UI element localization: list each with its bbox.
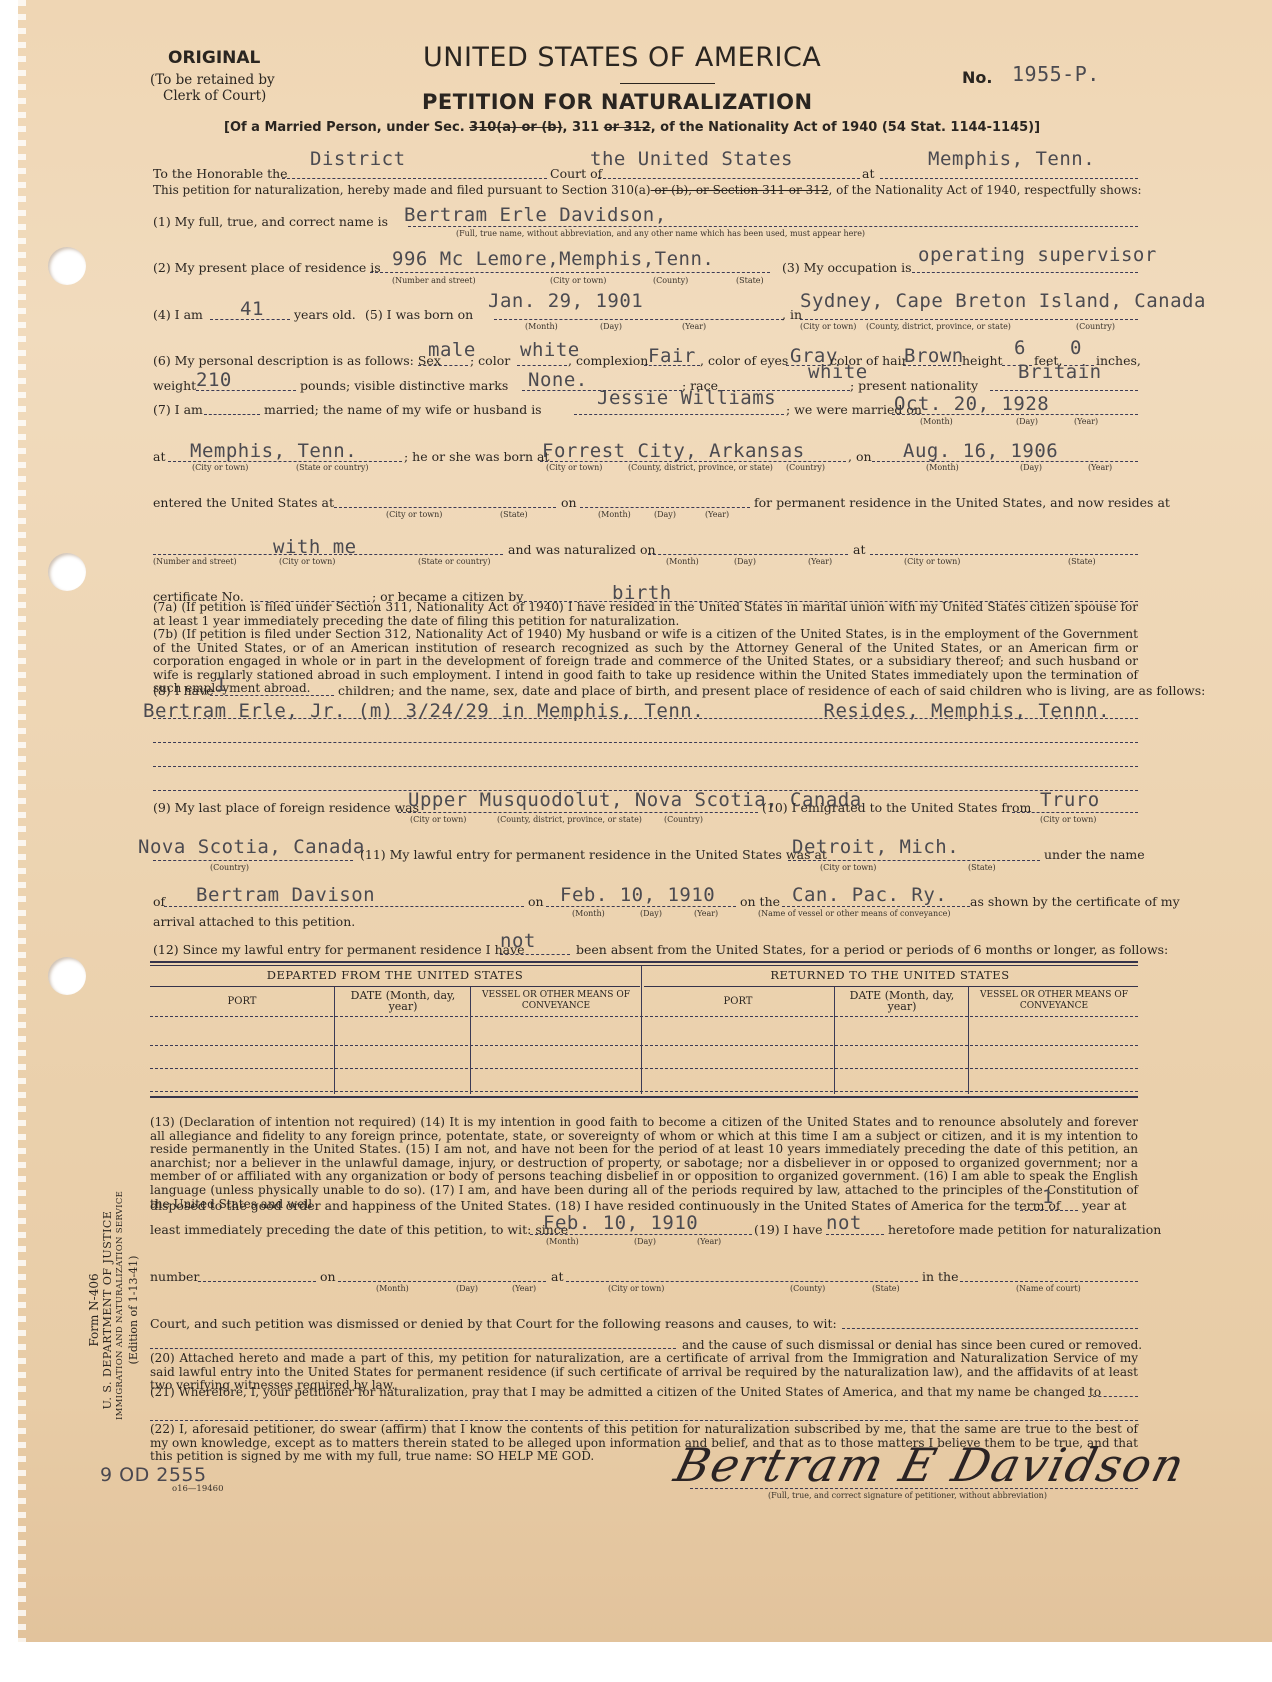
q19-label: (19) I have: [754, 1224, 823, 1237]
retained-note-1: (To be retained by: [150, 72, 275, 88]
file-stamp: 9 OD 2555: [100, 1464, 207, 1486]
q19-suffix: heretofore made petition for naturalizat…: [888, 1224, 1161, 1237]
full-name-field[interactable]: [408, 226, 1138, 227]
q18-label: disposed to the good order and happiness…: [150, 1200, 1061, 1213]
intro-text: This petition for naturalization, hereby…: [153, 183, 651, 197]
caption: (County, district, province, or state): [628, 463, 773, 472]
caption: (Month): [572, 909, 605, 918]
entered-label: entered the United States at: [153, 497, 334, 510]
spouse-born-label: ; he or she was born at: [404, 451, 549, 464]
under-name-label: under the name: [1044, 849, 1145, 862]
declarations-13-17: (13) (Declaration of intention not requi…: [150, 1116, 1138, 1211]
marks-value: None.: [528, 369, 588, 391]
petition-intro: This petition for naturalization, hereby…: [153, 184, 1142, 196]
q12-label: (12) Since my lawful entry for permanent…: [153, 944, 525, 957]
arrival-line: arrival attached to this petition.: [153, 916, 355, 929]
caption: (City or town): [386, 510, 442, 519]
caption: (Name of vessel or other means of convey…: [758, 909, 951, 918]
caption: (Day): [634, 1237, 656, 1246]
table-divider: [641, 966, 642, 1094]
children-suffix: children; and the name, sex, date and pl…: [338, 685, 1205, 698]
caption: (City or town): [608, 1284, 664, 1293]
q5-label: (5) I was born on: [365, 309, 473, 322]
number-label: number: [150, 1271, 199, 1284]
caption: (City or town): [1040, 815, 1096, 824]
prior-petition-value: not: [826, 1212, 862, 1234]
caption: (Year): [512, 1284, 536, 1293]
residence-term-field[interactable]: [1020, 1210, 1078, 1211]
cured-label: and the cause of such dismissal or denia…: [682, 1339, 1142, 1351]
emigrated-from-country-value: Nova Scotia, Canada: [138, 836, 365, 858]
table-row[interactable]: [150, 1091, 1138, 1092]
caption: (State or country): [296, 463, 369, 472]
certificate-suffix: as shown by the certificate of my: [970, 896, 1180, 909]
caption: (City or town): [820, 863, 876, 872]
table-top-rule: [150, 961, 1138, 963]
child-row-field[interactable]: [153, 742, 1138, 743]
q10-label: (10) I emigrated to the United States fr…: [762, 802, 1031, 815]
document-title: UNITED STATES OF AMERICA: [423, 42, 821, 73]
service-name: IMMIGRATION AND NATURALIZATION SERVICE: [114, 1200, 127, 1420]
caption: (Month): [598, 510, 631, 519]
entry-port-field[interactable]: [788, 860, 1040, 861]
caption: (City or town): [192, 463, 248, 472]
form-side-info: Form N-406 U. S. DEPARTMENT OF JUSTICE I…: [88, 1200, 140, 1420]
column-header-date: DATE (Month, day, year): [836, 990, 968, 1012]
prior-petition-field[interactable]: [826, 1234, 884, 1235]
column-header-port: PORT: [642, 996, 834, 1007]
punch-hole: [48, 553, 86, 591]
children-count-value: 1: [215, 674, 227, 696]
birth-date-value: Jan. 29, 1901: [488, 290, 643, 312]
absence-value: not: [500, 930, 536, 952]
caption: (Day): [1020, 463, 1042, 472]
dismissal-reasons-field-2[interactable]: [150, 1348, 676, 1349]
caption: (City or town): [904, 557, 960, 566]
signature-field[interactable]: [690, 1488, 1138, 1489]
table-row[interactable]: [150, 1068, 1138, 1069]
emigrated-from-city-field[interactable]: [1012, 812, 1138, 813]
q12-suffix: been absent from the United States, for …: [576, 944, 1168, 957]
departed-header: DEPARTED FROM THE UNITED STATES: [150, 970, 640, 981]
birth-place-field[interactable]: [800, 319, 1138, 320]
years-old-label: years old.: [294, 309, 356, 322]
table-divider: [834, 987, 835, 1094]
children-count-field[interactable]: [210, 695, 334, 696]
struck-section: 310(a) or (b): [469, 120, 562, 135]
in-label: , in: [782, 309, 802, 322]
prior-date-field[interactable]: [338, 1281, 546, 1282]
column-header-date: DATE (Month, day, year): [336, 990, 470, 1012]
caption: (Day): [600, 322, 622, 331]
prior-number-field[interactable]: [198, 1281, 316, 1282]
entry-date-field[interactable]: [580, 507, 750, 508]
paragraph-21: (21) Wherefore, I, your petitioner for n…: [150, 1386, 1101, 1398]
caption: (County, district, province, or state): [866, 322, 1011, 331]
caption: (County, district, province, or state): [497, 815, 642, 824]
caption: (Day): [640, 909, 662, 918]
caption: (Year): [1088, 463, 1112, 472]
nationality-field[interactable]: [990, 390, 1138, 391]
at-label: at: [862, 168, 874, 181]
number-on-label: on: [320, 1271, 336, 1284]
caption: (State or country): [418, 557, 491, 566]
department-name: U. S. DEPARTMENT OF JUSTICE: [101, 1200, 114, 1420]
petition-number: 1955-P.: [1012, 62, 1100, 86]
title-divider: [620, 83, 715, 84]
caption: (State): [736, 276, 764, 285]
emigrated-from-country-field[interactable]: [153, 860, 353, 861]
retained-note-2: Clerk of Court): [163, 88, 266, 104]
naturalized-place-field[interactable]: [870, 554, 1138, 555]
table-row[interactable]: [150, 1045, 1138, 1046]
section-mid: , 311: [563, 120, 604, 135]
birth-date-field[interactable]: [494, 319, 784, 320]
dismissal-reasons-field[interactable]: [842, 1328, 1138, 1329]
entered-on-label: on: [561, 497, 577, 510]
spouse-residence-value: with me: [273, 536, 357, 558]
caption: (Country): [1076, 322, 1115, 331]
name-change-field[interactable]: [1088, 1396, 1138, 1397]
petitioner-signature: Bertram E Davidson: [669, 1438, 1191, 1492]
sex-field[interactable]: [418, 365, 468, 366]
caption: (Month): [926, 463, 959, 472]
caption: (County): [790, 1284, 825, 1293]
nationality-label: ; present nationality: [850, 380, 978, 393]
caption: (City or town): [546, 463, 602, 472]
naturalized-at-label: at: [853, 544, 865, 557]
caption: (Month): [525, 322, 558, 331]
caption: (Day): [654, 510, 676, 519]
caption: (Year): [808, 557, 832, 566]
intro-text: , of the Nationality Act of 1940, respec…: [828, 183, 1141, 197]
caption: (Country): [786, 463, 825, 472]
section-line: [Of a Married Person, under Sec. 310(a) …: [224, 120, 1040, 135]
column-header-vessel: VESSEL OR OTHER MEANS OF CONVEYANCE: [970, 990, 1138, 1012]
court-location-field[interactable]: [880, 178, 1138, 179]
height-label: height: [962, 355, 1003, 368]
punch-hole: [48, 957, 86, 995]
entry-port-value: Detroit, Mich.: [792, 836, 959, 858]
caption: (Day): [734, 557, 756, 566]
court-type-field[interactable]: [282, 178, 547, 179]
court-location-value: Memphis, Tenn.: [928, 148, 1095, 170]
marriage-date-value: Oct. 20, 1928: [894, 393, 1049, 415]
q11-label: (11) My lawful entry for permanent resid…: [360, 849, 827, 862]
caption: (State): [968, 863, 996, 872]
complexion-label: , complexion: [568, 355, 648, 368]
occupation-field[interactable]: [912, 272, 1138, 273]
entry-place-field[interactable]: [334, 507, 556, 508]
spouse-born-on-label: , on: [848, 451, 872, 464]
number-at-label: at: [551, 1271, 563, 1284]
caption: (City or town): [279, 557, 335, 566]
residence-value: 996 Mc Lemore,Memphis,Tenn.: [392, 248, 714, 270]
section-prefix: [Of a Married Person, under Sec.: [224, 120, 469, 135]
petition-number-label: No.: [962, 68, 992, 87]
entry-date-value: Feb. 10, 1910: [560, 884, 715, 906]
q3-label: (3) My occupation is: [782, 262, 912, 275]
caption: (Month): [666, 557, 699, 566]
table-top-rule: [150, 965, 1138, 966]
spouse-name-value: Jessie Williams: [597, 387, 776, 409]
prior-place-field[interactable]: [566, 1281, 918, 1282]
q7-label: (7) I am: [153, 404, 203, 417]
caption: (State): [872, 1284, 900, 1293]
birth-place-value: Sydney, Cape Breton Island, Canada: [800, 290, 1206, 312]
occupation-value: operating supervisor: [918, 244, 1157, 266]
caption: (County): [653, 276, 688, 285]
original-label: ORIGINAL: [168, 48, 260, 68]
caption: (City or town): [410, 815, 466, 824]
residence-field[interactable]: [370, 272, 770, 273]
q4-label: (4) I am: [153, 309, 203, 322]
q6-label: (6) My personal description is as follow…: [153, 355, 441, 368]
dismissal-label: Court, and such petition was dismissed o…: [150, 1318, 837, 1331]
entry-date-field[interactable]: [546, 906, 736, 907]
struck-section: or 312: [604, 120, 651, 135]
entered-suffix: for permanent residence in the United St…: [754, 497, 1170, 510]
name-change-field-2[interactable]: [150, 1420, 1138, 1421]
print-code: o16—19460: [172, 1484, 223, 1494]
complexion-value: Fair: [648, 345, 696, 367]
table-rule: [150, 986, 640, 987]
eyes-label: , color of eyes: [700, 355, 788, 368]
signature-caption: (Full, true, and correct signature of pe…: [768, 1491, 1047, 1500]
section-suffix: , of the Nationality Act of 1940 (54 Sta…: [651, 120, 1040, 135]
caption: (City or town): [550, 276, 606, 285]
weight-label: weight: [153, 380, 196, 393]
naturalized-label: and was naturalized on: [508, 544, 656, 557]
nationality-value: Britain: [1018, 361, 1102, 383]
marks-label: pounds; visible distinctive marks: [300, 380, 508, 393]
form-edition: (Edition of 1-13-41): [127, 1200, 140, 1420]
q1-label: (1) My full, true, and correct name is: [153, 216, 388, 229]
absence-field[interactable]: [500, 954, 570, 955]
child-row-value: Bertram Erle, Jr. (m) 3/24/29 in Memphis…: [143, 700, 1110, 722]
caption: (Month): [546, 1237, 579, 1246]
document-subtitle: PETITION FOR NATURALIZATION: [422, 90, 813, 114]
spouse-birthplace-value: Forrest City, Arkansas: [542, 440, 805, 462]
spouse-birthdate-value: Aug. 16, 1906: [903, 440, 1058, 462]
caption: (Year): [697, 1237, 721, 1246]
caption: (State): [1068, 557, 1096, 566]
foreign-residence-field[interactable]: [398, 812, 758, 813]
form-number: Form N-406: [88, 1200, 101, 1420]
sex-value: male: [428, 339, 476, 361]
vessel-value: Can. Pac. Ry.: [792, 884, 947, 906]
column-header-port: PORT: [150, 996, 334, 1007]
paragraph-7a: (7a) (If petition is filed under Section…: [153, 601, 1138, 628]
caption: (Number and street): [392, 276, 476, 285]
table-bottom-rule: [150, 1096, 1138, 1098]
caption: (Month): [920, 417, 953, 426]
struck-text: or (b), or Section 311 or 312: [651, 183, 829, 197]
table-divider: [334, 987, 335, 1094]
column-header-vessel: VESSEL OR OTHER MEANS OF CONVEYANCE: [472, 990, 640, 1012]
emigrated-from-city-value: Truro: [1040, 789, 1100, 811]
marital-field[interactable]: [204, 414, 260, 415]
on-label: on: [528, 896, 544, 909]
entry-name-value: Bertram Davison: [196, 884, 375, 906]
caption: (Day): [456, 1284, 478, 1293]
court-of-label: Court of: [550, 168, 602, 181]
caption: (Year): [682, 322, 706, 331]
residence-since-value: Feb. 10, 1910: [543, 1212, 698, 1234]
caption: (City or town): [800, 322, 856, 331]
inches-label: inches,: [1096, 355, 1141, 368]
caption: (Year): [694, 909, 718, 918]
age-value: 41: [240, 298, 264, 320]
prior-court-field[interactable]: [960, 1281, 1138, 1282]
table-divider: [968, 987, 969, 1094]
married-at-label: at: [153, 451, 165, 464]
table-divider: [470, 987, 471, 1094]
full-name-value: Bertram Erle Davidson,: [404, 204, 667, 226]
caption: (Country): [664, 815, 703, 824]
weight-value: 210: [196, 369, 232, 391]
in-the-label: in the: [922, 1271, 959, 1284]
height-feet-value: 6: [1014, 337, 1026, 359]
q18-line2: least immediately preceding the date of …: [150, 1224, 568, 1237]
caption: (Country): [210, 863, 249, 872]
child-row-field[interactable]: [153, 766, 1138, 767]
to-honorable-label: To the Honorable the: [153, 168, 288, 181]
q1-caption: (Full, true name, without abbreviation, …: [456, 229, 865, 238]
caption: (Year): [1074, 417, 1098, 426]
caption: (Day): [1016, 417, 1038, 426]
color-field[interactable]: [517, 365, 567, 366]
marriage-place-value: Memphis, Tenn.: [190, 440, 357, 462]
q9-label: (9) My last place of foreign residence w…: [153, 802, 419, 815]
table-row[interactable]: [150, 1016, 1138, 1017]
q2-label: (2) My present place of residence is: [153, 262, 381, 275]
caption: (State): [500, 510, 528, 519]
table-rule: [644, 986, 1138, 987]
punch-hole: [48, 247, 86, 285]
caption: (Month): [376, 1284, 409, 1293]
naturalized-date-field[interactable]: [648, 554, 848, 555]
vessel-field[interactable]: [782, 906, 970, 907]
hair-color-value: Brown: [904, 345, 964, 367]
children-label: (8) I have: [153, 685, 214, 698]
residence-term-value: 1: [1042, 1186, 1054, 1208]
caption: (Name of court): [1016, 1284, 1081, 1293]
caption: (Number and street): [153, 557, 237, 566]
caption: (Year): [705, 510, 729, 519]
spouse-label: married; the name of my wife or husband …: [264, 404, 542, 417]
height-inches-value: 0: [1070, 337, 1082, 359]
court-type-value: District: [310, 148, 406, 170]
court-name-value: the United States: [590, 148, 793, 170]
court-name-field[interactable]: [598, 178, 860, 179]
returned-header: RETURNED TO THE UNITED STATES: [642, 970, 1138, 981]
q18-suffix: year at: [1082, 1200, 1126, 1213]
spouse-name-field[interactable]: [574, 414, 784, 415]
entry-name-field[interactable]: [164, 906, 524, 907]
on-the-label: on the: [740, 896, 780, 909]
residence-since-field[interactable]: [530, 1234, 752, 1235]
color-label: ; color: [470, 355, 510, 368]
